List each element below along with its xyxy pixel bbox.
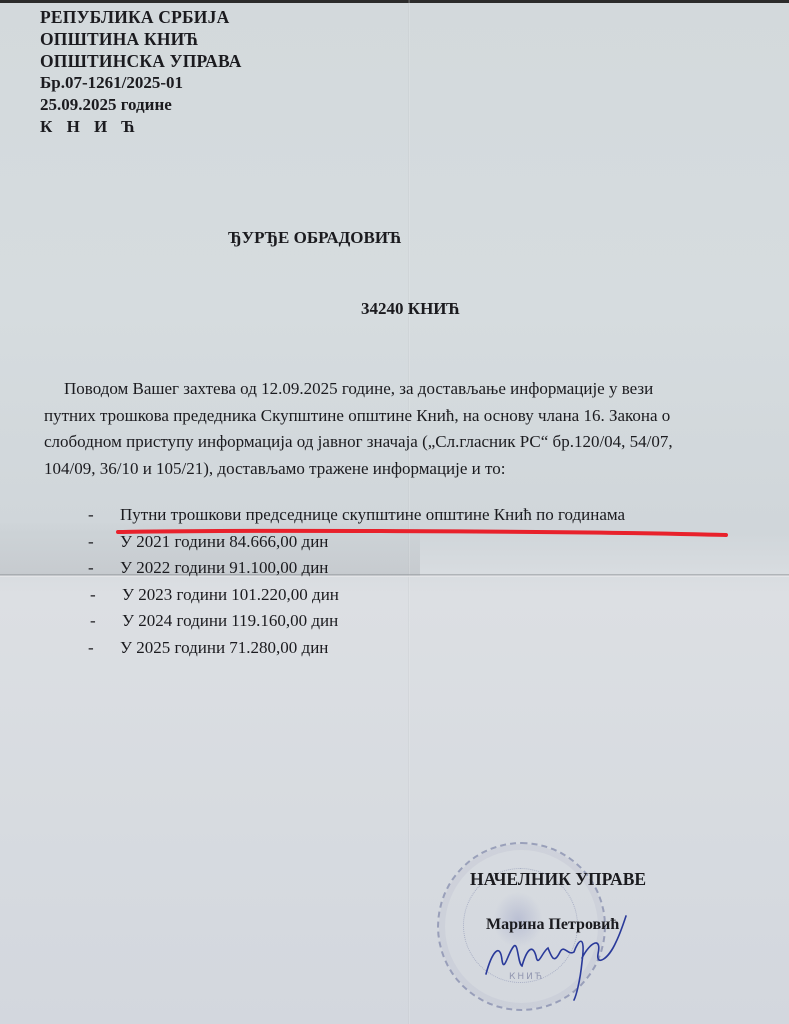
body-line: 104/09, 36/10 и 105/21), достављамо траж… <box>44 456 764 483</box>
list-item: -У 2022 години 91.100,00 дин <box>88 555 625 582</box>
letterhead-administration: ОПШТИНСКА УПРАВА <box>40 50 242 72</box>
recipient-address: 34240 КНИЋ <box>361 299 460 319</box>
reference-number: Бр.07-1261/2025-01 <box>40 72 242 94</box>
body-line: путних трошкова предедника Скупштине опш… <box>44 403 764 430</box>
handwritten-signature <box>478 912 628 1002</box>
recipient-name: ЂУРЂЕ ОБРАДОВИЋ <box>228 228 402 248</box>
list-item-text: У 2022 години 91.100,00 дин <box>120 555 328 582</box>
red-highlight-underline <box>116 527 728 537</box>
letterhead: РЕПУБЛИКА СРБИЈА ОПШТИНА КНИЋ ОПШТИНСКА … <box>40 6 242 138</box>
body-line: Поводом Вашег захтева од 12.09.2025 годи… <box>44 376 764 403</box>
bullet-dash: - <box>90 608 122 635</box>
body-line: слободном приступу информација од јавног… <box>44 429 764 456</box>
letterhead-country: РЕПУБЛИКА СРБИЈА <box>40 6 242 28</box>
bullet-dash: - <box>88 555 120 582</box>
letterhead-municipality: ОПШТИНА КНИЋ <box>40 28 242 50</box>
list-item-text: Путни трошкови председнице скупштине опш… <box>120 502 625 529</box>
list-item-text: У 2025 години 71.280,00 дин <box>120 635 328 662</box>
bullet-dash: - <box>88 635 120 662</box>
cost-list: -Путни трошкови председнице скупштине оп… <box>88 502 625 662</box>
bullet-dash: - <box>90 582 122 609</box>
photo-top-edge <box>0 0 789 3</box>
list-item: -У 2024 години 119.160,00 дин <box>90 608 625 635</box>
list-item: -У 2023 години 101.220,00 дин <box>90 582 625 609</box>
bullet-dash: - <box>88 502 120 529</box>
list-item: -У 2025 години 71.280,00 дин <box>88 635 625 662</box>
list-item-text: У 2023 години 101.220,00 дин <box>122 582 339 609</box>
letterhead-place: К Н И Ћ <box>40 116 242 138</box>
letter-body: Поводом Вашег захтева од 12.09.2025 годи… <box>44 376 764 482</box>
document-date: 25.09.2025 године <box>40 94 242 116</box>
signatory-title: НАЧЕЛНИК УПРАВЕ <box>470 869 646 890</box>
list-item-text: У 2024 години 119.160,00 дин <box>122 608 338 635</box>
list-item-heading: -Путни трошкови председнице скупштине оп… <box>88 502 625 529</box>
